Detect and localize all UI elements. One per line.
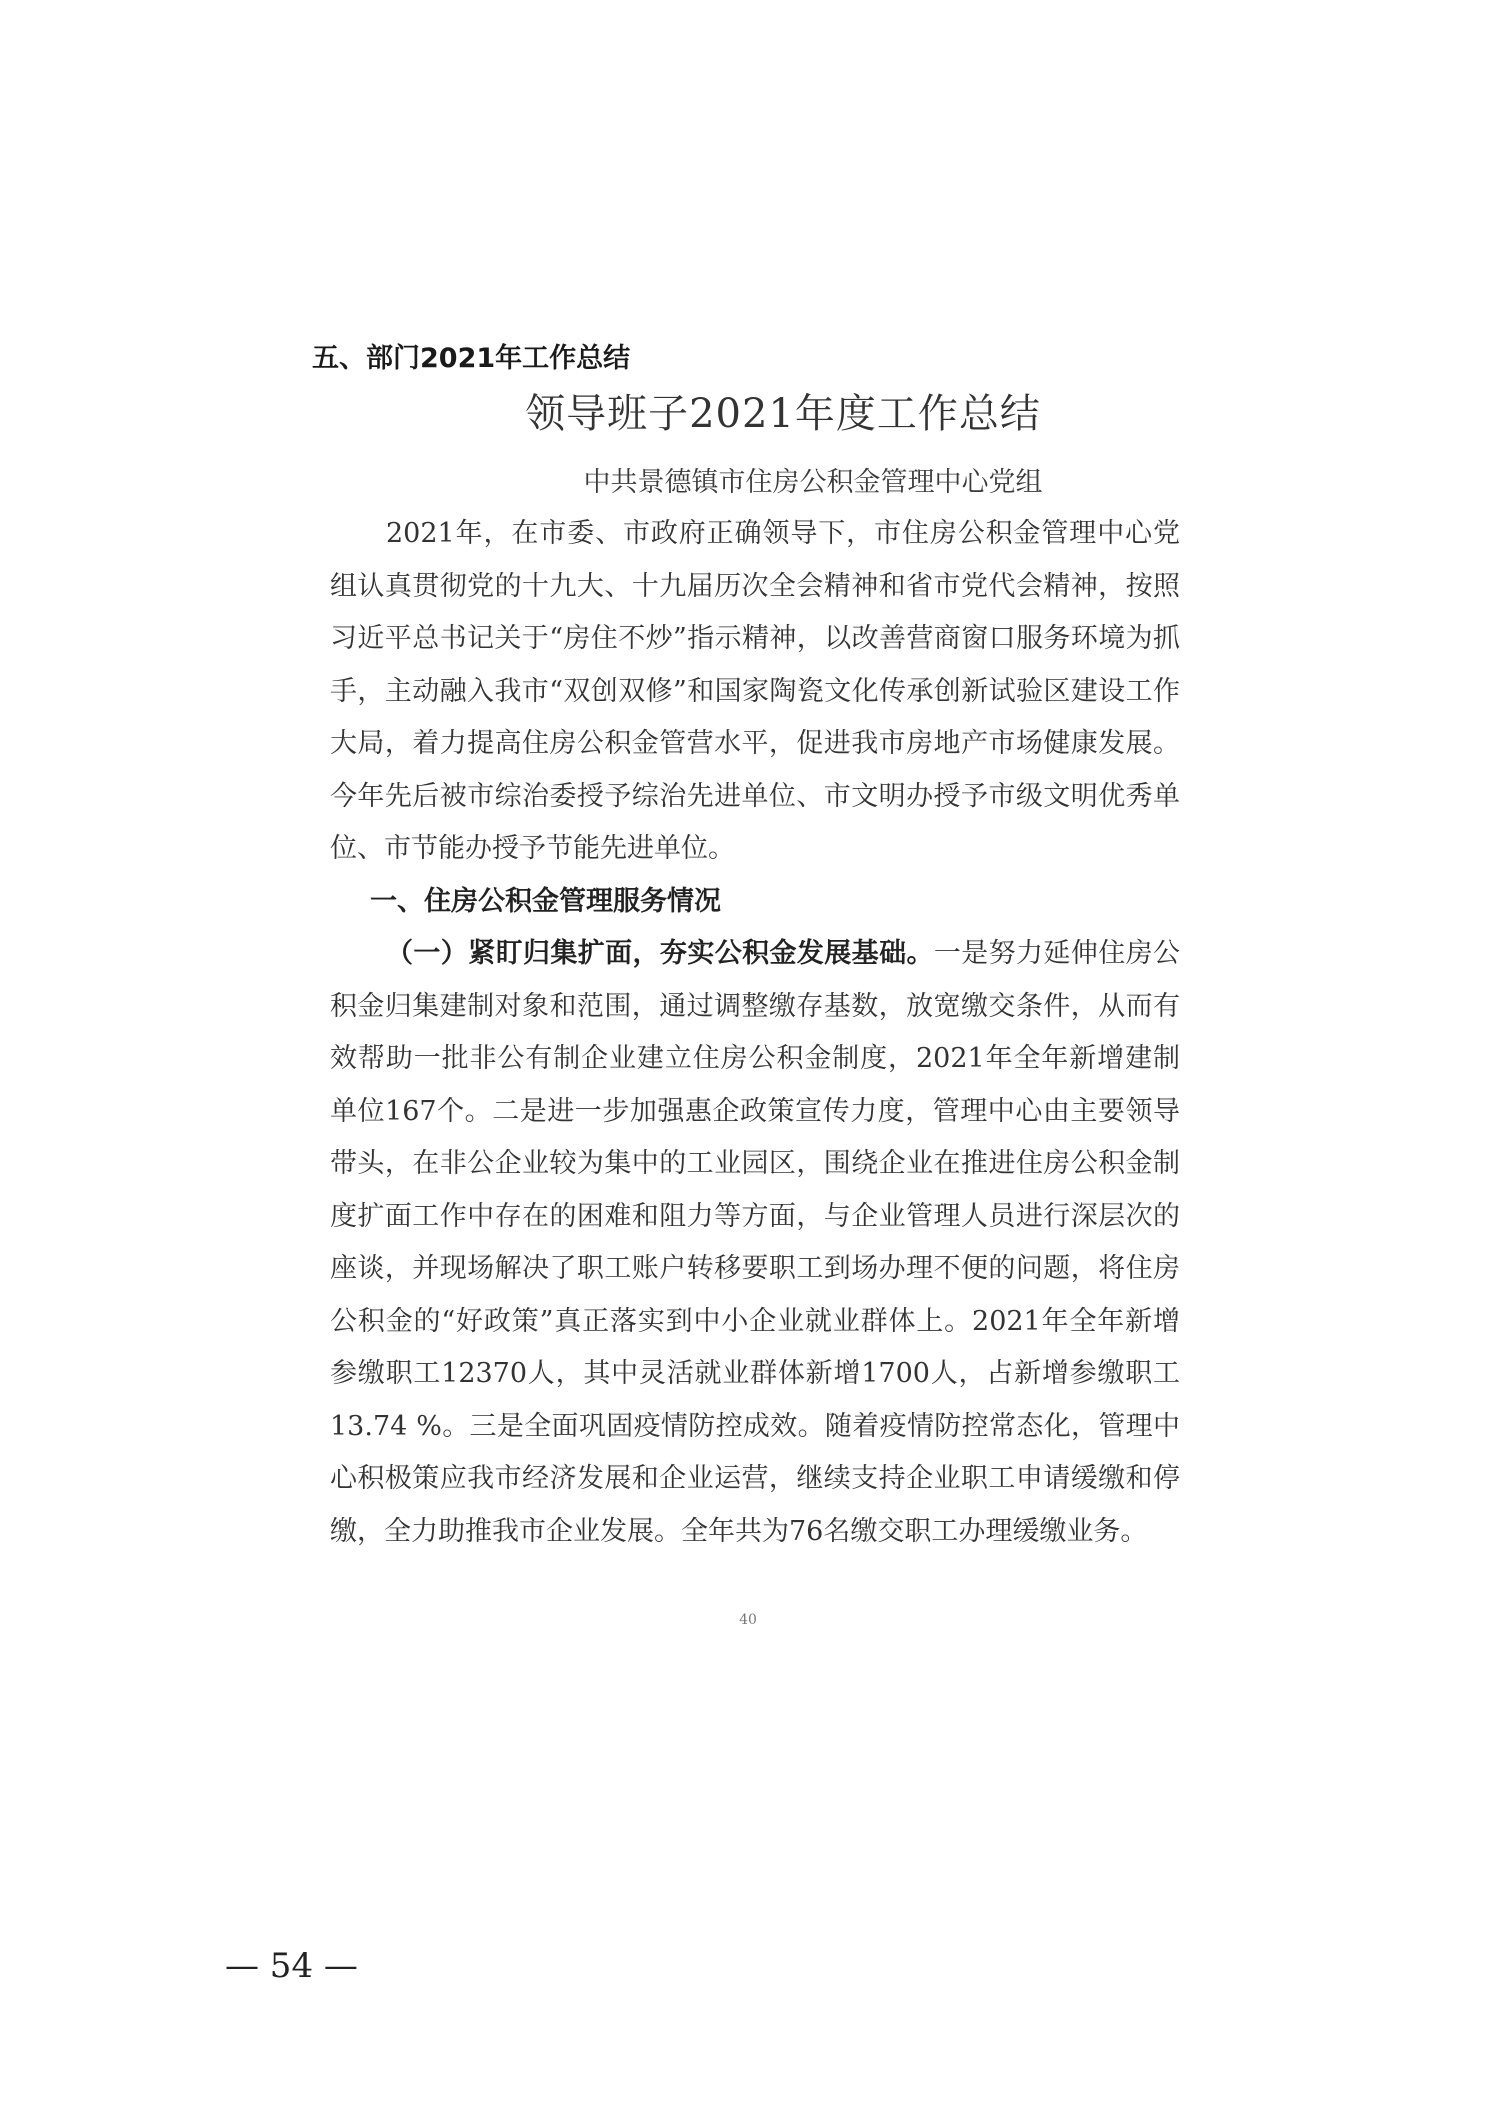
page-number: — 54 — [225,1946,358,1986]
subsection-heading: 一、住房公积金管理服务情况 [330,876,1180,929]
item-heading: （一）紧盯归集扩面，夯实公积金发展基础。 [386,938,934,969]
document-title-text: 领导班子2021年度工作总结 [525,382,1041,439]
document-title: 领导班子2021年度工作总结 [0,382,1486,439]
document-body: 2021年，在市委、市政府正确领导下，市住房公积金管理中心党组认真贯彻党的十九大… [330,508,1180,1558]
item-paragraph: （一）紧盯归集扩面，夯实公积金发展基础。一是努力延伸住房公积金归集建制对象和范围… [330,928,1180,1558]
item-body: 一是努力延伸住房公积金归集建制对象和范围，通过调整缴存基数，放宽缴交条件，从而有… [330,938,1180,1547]
intro-paragraph: 2021年，在市委、市政府正确领导下，市住房公积金管理中心党组认真贯彻党的十九大… [330,508,1180,876]
section-heading: 五、部门2021年工作总结 [312,336,630,375]
document-author: 中共景德镇市住房公积金管理中心党组 [0,460,1486,499]
inner-page-number: 40 [0,1612,1486,1628]
